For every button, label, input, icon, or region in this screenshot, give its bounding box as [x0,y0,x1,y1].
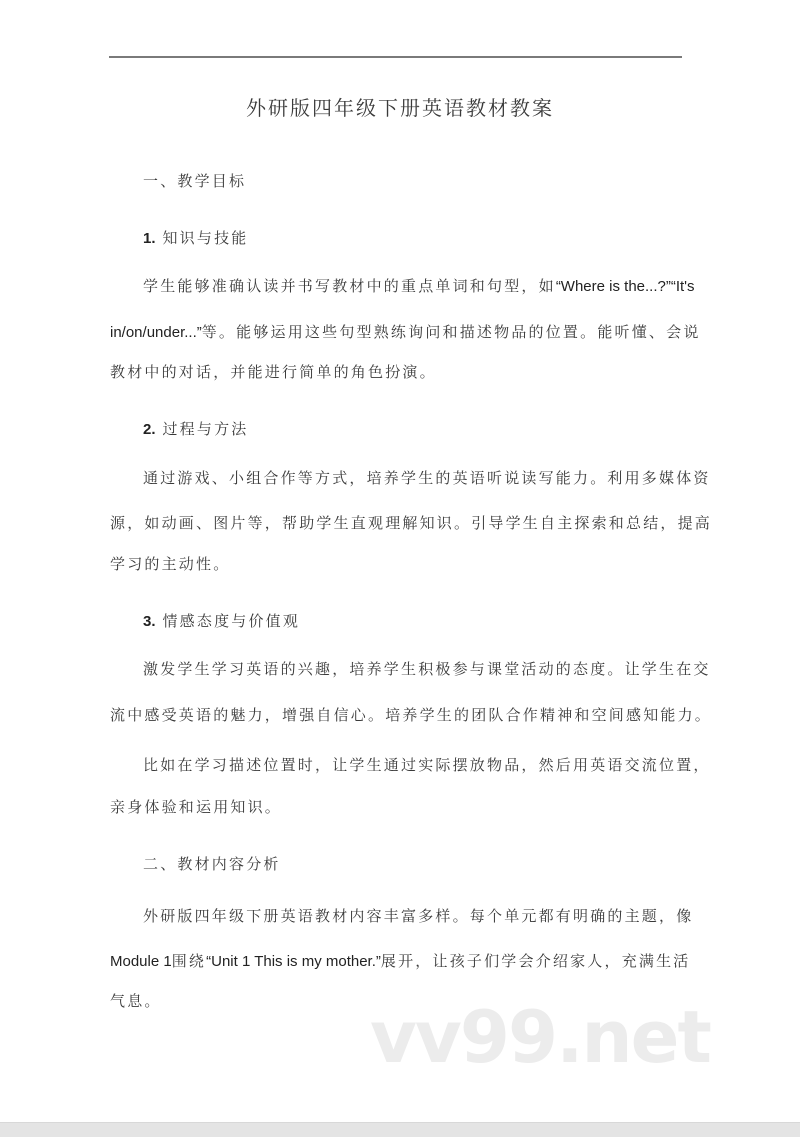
english-example: in/on/under...” [110,324,202,341]
page-bottom-edge [0,1122,800,1137]
section-heading-content-analysis: 二、教材内容分析 [143,853,281,874]
paragraph-line: 源，如动画、图片等，帮助学生直观理解知识。引导学生自主探索和总结，提高 [110,512,712,533]
paragraph-line: 学生能够准确认读并书写教材中的重点单词和句型，如“Where is the...… [143,275,695,296]
subheading-text: 过程与方法 [162,420,248,438]
subheading-knowledge-skills: 1. 知识与技能 [143,227,249,248]
paragraph-text: 围绕 [172,952,206,970]
english-example: “Where is the...?”“It's [556,278,695,295]
paragraph-line: Module 1围绕“Unit 1 This is my mother.”展开，… [110,950,691,971]
subheading-text: 知识与技能 [162,229,248,247]
paragraph-line: in/on/under...”等。能够运用这些句型熟练询问和描述物品的位置。能听… [110,321,701,342]
paragraph-line: 通过游戏、小组合作等方式，培养学生的英语听说读写能力。利用多媒体资 [143,467,711,488]
paragraph-line: 气息。 [110,990,162,1011]
english-text: Module 1 [110,953,172,970]
paragraph-text: 等。能够运用这些句型熟练询问和描述物品的位置。能听懂、会说 [202,323,701,341]
paragraph-line: 比如在学习描述位置时，让学生通过实际摆放物品，然后用英语交流位置， [143,754,711,775]
english-text: “Unit 1 This is my mother.” [206,953,381,970]
subheading-attitudes-values: 3. 情感态度与价值观 [143,610,300,631]
subheading-text: 情感态度与价值观 [162,612,300,630]
subheading-number: 3. [143,613,156,630]
paragraph-line: 学习的主动性。 [110,553,230,574]
paragraph-text: 展开，让孩子们学会介绍家人，充满生活 [381,952,691,970]
subheading-process-methods: 2. 过程与方法 [143,418,249,439]
document-title: 外研版四年级下册英语教材教案 [0,92,800,121]
paragraph-line: 激发学生学习英语的兴趣，培养学生积极参与课堂活动的态度。让学生在交 [143,658,711,679]
section-heading-teaching-objectives: 一、教学目标 [143,170,246,191]
subheading-number: 1. [143,230,156,247]
paragraph-line: 亲身体验和运用知识。 [110,796,282,817]
paragraph-line: 流中感受英语的魅力，增强自信心。培养学生的团队合作精神和空间感知能力。 [110,704,712,725]
paragraph-line: 外研版四年级下册英语教材内容丰富多样。每个单元都有明确的主题，像 [143,905,693,926]
watermark: vv99.net [370,995,710,1079]
header-rule [109,56,682,58]
paragraph-text: 学生能够准确认读并书写教材中的重点单词和句型，如 [143,277,556,295]
paragraph-line: 教材中的对话，并能进行简单的角色扮演。 [110,361,437,382]
document-page: 外研版四年级下册英语教材教案 一、教学目标 1. 知识与技能 学生能够准确认读并… [0,0,800,1122]
subheading-number: 2. [143,421,156,438]
